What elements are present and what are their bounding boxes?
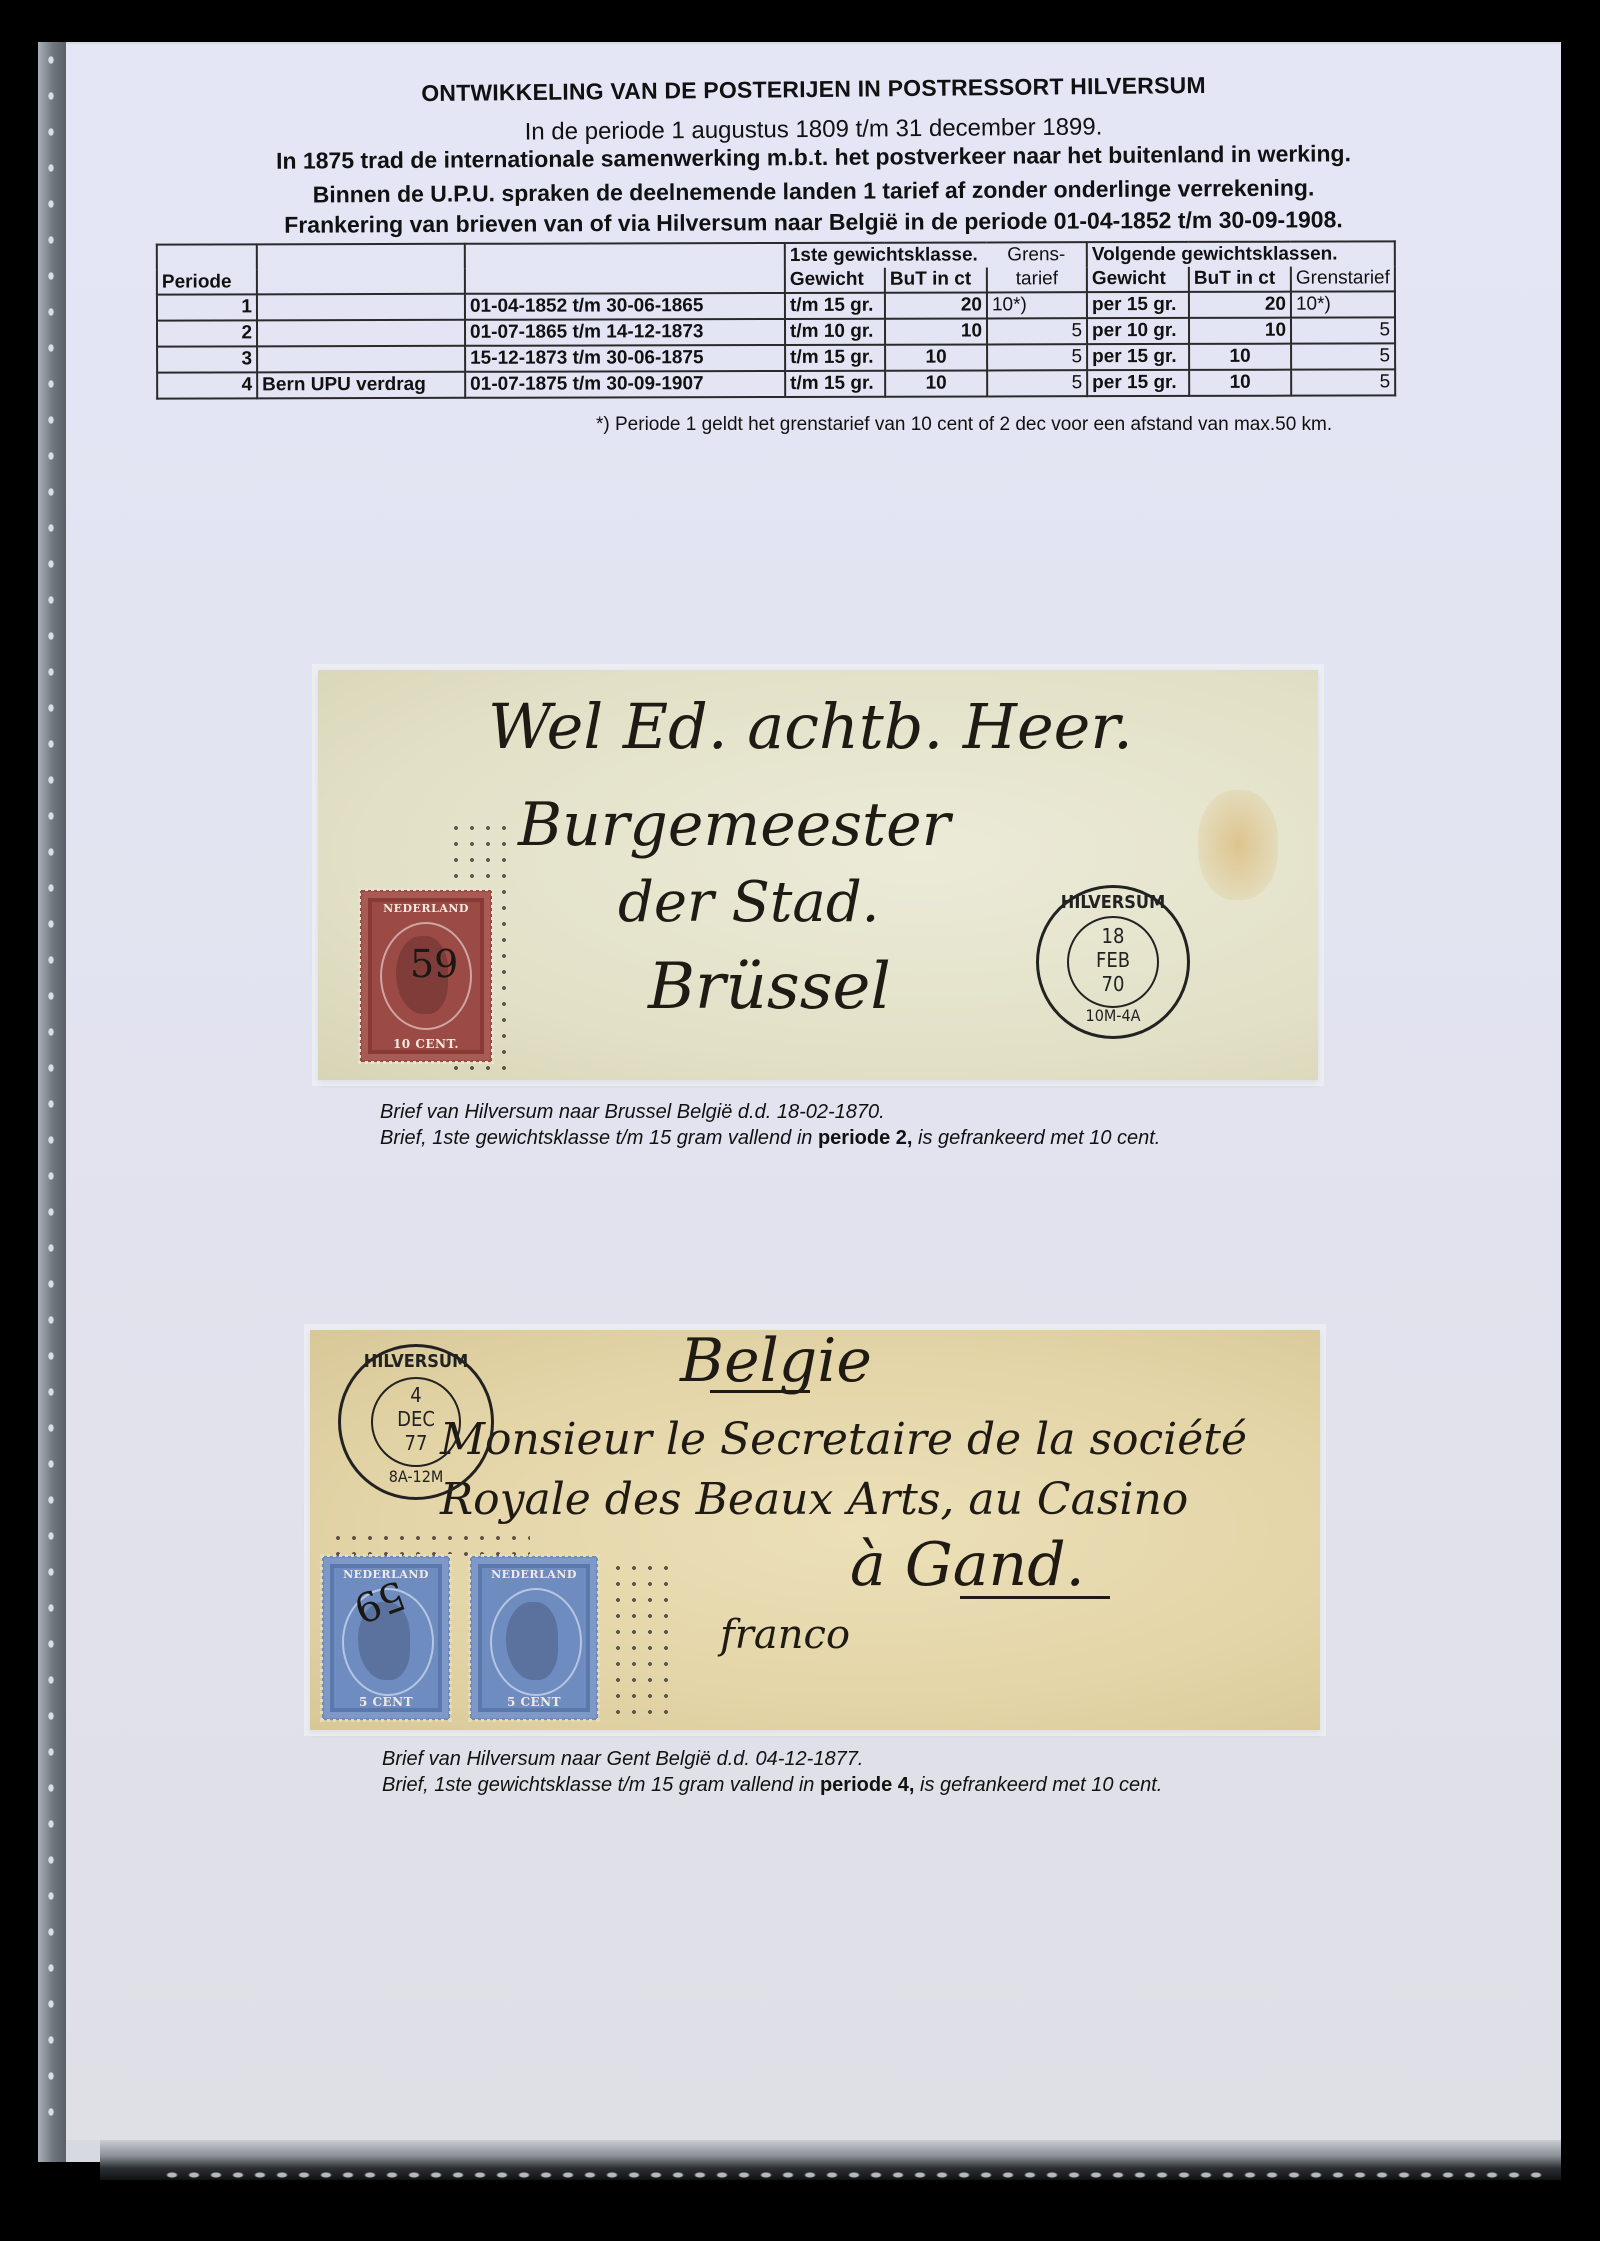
header-but-2: BuT in ct	[1189, 267, 1291, 292]
stamp-country: NEDERLAND	[362, 902, 490, 915]
address-line-4: Brüssel	[648, 950, 891, 1024]
binder-holes	[44, 50, 58, 2140]
table-row: 2 01-07-1865 t/m 14-12-1873 t/m 10 gr. 1…	[157, 317, 1395, 346]
stamp-value: 5 CENT	[324, 1695, 448, 1709]
cell-but-2: 10	[1189, 370, 1291, 396]
cell-dates: 01-07-1875 t/m 30-09-1907	[465, 371, 785, 398]
cell-grens-2: 5	[1291, 317, 1395, 343]
cell-periode: 4	[157, 372, 257, 398]
table-footnote: *) Periode 1 geldt het grenstarief van 1…	[596, 414, 1332, 436]
stamp-5-cent-left: NEDERLAND 5 CENT 59	[322, 1556, 450, 1720]
stamp-value: 10 CENT.	[362, 1037, 490, 1051]
caption-text: Brief, 1ste gewichtsklasse t/m 15 gram v…	[380, 1127, 818, 1149]
cell-but-2: 10	[1189, 344, 1291, 370]
underline	[960, 1596, 1110, 1599]
address-line-3: Royale des Beaux Arts, au Casino	[440, 1474, 1188, 1525]
album-page: ONTWIKKELING VAN DE POSTERIJEN IN POSTRE…	[66, 44, 1561, 2140]
cover-gent: Belgie Monsieur le Secretaire de la soci…	[310, 1330, 1320, 1730]
header-dates	[465, 243, 785, 294]
table-row: 3 15-12-1873 t/m 30-06-1875 t/m 15 gr. 1…	[157, 343, 1395, 372]
header-periode: Periode	[157, 244, 257, 294]
cell-gewicht-1: t/m 10 gr.	[785, 319, 885, 345]
caption-cover-2-line-1: Brief van Hilversum naar Gent België d.d…	[382, 1748, 863, 1771]
postmark-year: 70	[1039, 972, 1187, 996]
header-first-class: 1ste gewichtsklasse.	[785, 242, 987, 268]
numeral-cancel: 59	[410, 942, 458, 986]
cell-gewicht-2: per 10 gr.	[1087, 318, 1189, 344]
intro-line-2: Binnen de U.P.U. spraken de deelnemende …	[66, 173, 1561, 210]
postmark-hilversum-1877: HILVERSUM 4 DEC 77 8A-12M	[338, 1344, 494, 1500]
header-but-1: BuT in ct	[885, 267, 987, 292]
header-next-classes: Volgende gewichtsklassen.	[1087, 241, 1395, 267]
postmark-year: 77	[341, 1431, 491, 1455]
intro-line-3: Frankering van brieven van of via Hilver…	[66, 205, 1561, 240]
cell-grens-1: 5	[987, 370, 1087, 396]
cell-but-1: 10	[885, 344, 987, 370]
cell-dates: 01-07-1865 t/m 14-12-1873	[465, 319, 785, 346]
address-line-2: Burgemeester	[518, 790, 950, 860]
stamp-country: NEDERLAND	[472, 1568, 596, 1581]
cell-gewicht-2: per 15 gr.	[1087, 344, 1189, 370]
address-line-2: Monsieur le Secretaire de la société	[440, 1414, 1247, 1465]
cell-grens-2: 5	[1291, 369, 1395, 395]
postmark-month: DEC	[341, 1407, 491, 1431]
caption-cover-1-line-1: Brief van Hilversum naar Brussel België …	[380, 1101, 885, 1124]
tariff-table: Periode 1ste gewichtsklasse. Grens- Volg…	[156, 240, 1396, 399]
postmark-time: 10M-4A	[1039, 1006, 1187, 1025]
cell-but-1: 10	[885, 370, 987, 396]
header-grens-b: tarief	[987, 267, 1087, 292]
header-gewicht-1: Gewicht	[785, 268, 885, 293]
cell-grens-1: 5	[987, 344, 1087, 370]
cell-periode: 2	[157, 320, 257, 346]
header-grens-a: Grens-	[987, 242, 1087, 267]
cell-but-1: 20	[885, 292, 987, 318]
postmark-town: HILVERSUM	[1039, 892, 1187, 913]
address-line-1: Wel Ed. achtb. Heer.	[488, 690, 1133, 763]
address-line-4: à Gand.	[850, 1530, 1085, 1600]
cell-note	[257, 320, 465, 347]
caption-period: periode 4,	[820, 1774, 914, 1796]
cell-but-2: 20	[1189, 292, 1291, 318]
address-line-5: franco	[720, 1612, 850, 1658]
cover-brussel: Wel Ed. achtb. Heer. Burgemeester der St…	[318, 670, 1318, 1080]
caption-cover-1-line-2: Brief, 1ste gewichtsklasse t/m 15 gram v…	[380, 1127, 1160, 1150]
stamp-value: 5 CENT	[472, 1695, 596, 1709]
header-grenstarief-2: Grenstarief	[1291, 266, 1395, 291]
postmark-day: 4	[341, 1383, 491, 1407]
postmark-month: FEB	[1039, 948, 1187, 972]
cell-note	[257, 346, 465, 373]
address-line-1: Belgie	[680, 1330, 872, 1396]
underline	[710, 1390, 810, 1393]
dotted-cancel	[610, 1560, 670, 1720]
sleeve-bottom-holes	[160, 2168, 1550, 2182]
caption-text: is gefrankeerd met 10 cent.	[914, 1774, 1162, 1796]
caption-cover-2-line-2: Brief, 1ste gewichtsklasse t/m 15 gram v…	[382, 1774, 1162, 1797]
stamp-5-cent-right: NEDERLAND 5 CENT	[470, 1556, 598, 1720]
stamp-10-cent: NEDERLAND 10 CENT. 59	[360, 890, 492, 1062]
cell-gewicht-1: t/m 15 gr.	[785, 293, 885, 319]
caption-text: Brief, 1ste gewichtsklasse t/m 15 gram v…	[382, 1774, 820, 1796]
header-gewicht-2: Gewicht	[1087, 267, 1189, 292]
cell-periode: 3	[157, 346, 257, 372]
cell-grens-2: 5	[1291, 343, 1395, 369]
table-header-row-1: Periode 1ste gewichtsklasse. Grens- Volg…	[157, 241, 1395, 269]
stamp-portrait	[506, 1602, 558, 1680]
page-title: ONTWIKKELING VAN DE POSTERIJEN IN POSTRE…	[66, 68, 1561, 111]
table-row: 4 Bern UPU verdrag 01-07-1875 t/m 30-09-…	[157, 369, 1395, 398]
postmark-hilversum-1870: HILVERSUM 18 FEB 70 10M-4A	[1036, 885, 1190, 1039]
cell-note	[257, 294, 465, 321]
cell-grens-1: 5	[987, 318, 1087, 344]
caption-text: is gefrankeerd met 10 cent.	[912, 1127, 1160, 1149]
foxing-stain	[1198, 790, 1278, 900]
table-row: 1 01-04-1852 t/m 30-06-1865 t/m 15 gr. 2…	[157, 291, 1395, 320]
cell-but-2: 10	[1189, 318, 1291, 344]
cell-gewicht-1: t/m 15 gr.	[785, 371, 885, 397]
postmark-town: HILVERSUM	[341, 1351, 491, 1372]
cell-gewicht-2: per 15 gr.	[1087, 370, 1189, 396]
cell-gewicht-1: t/m 15 gr.	[785, 345, 885, 371]
postmark-time: 8A-12M	[341, 1467, 491, 1486]
cell-grens-1: 10*)	[987, 292, 1087, 318]
address-line-3: der Stad.	[618, 870, 879, 935]
caption-period: periode 2,	[818, 1127, 912, 1149]
cell-grens-2: 10*)	[1291, 291, 1395, 317]
cell-note: Bern UPU verdrag	[257, 372, 465, 399]
cell-periode: 1	[157, 294, 257, 320]
cell-gewicht-2: per 15 gr.	[1087, 292, 1189, 318]
cell-dates: 15-12-1873 t/m 30-06-1875	[465, 345, 785, 372]
cell-but-1: 10	[885, 318, 987, 344]
header-note	[257, 244, 465, 295]
postmark-day: 18	[1039, 924, 1187, 948]
cell-dates: 01-04-1852 t/m 30-06-1865	[465, 293, 785, 320]
